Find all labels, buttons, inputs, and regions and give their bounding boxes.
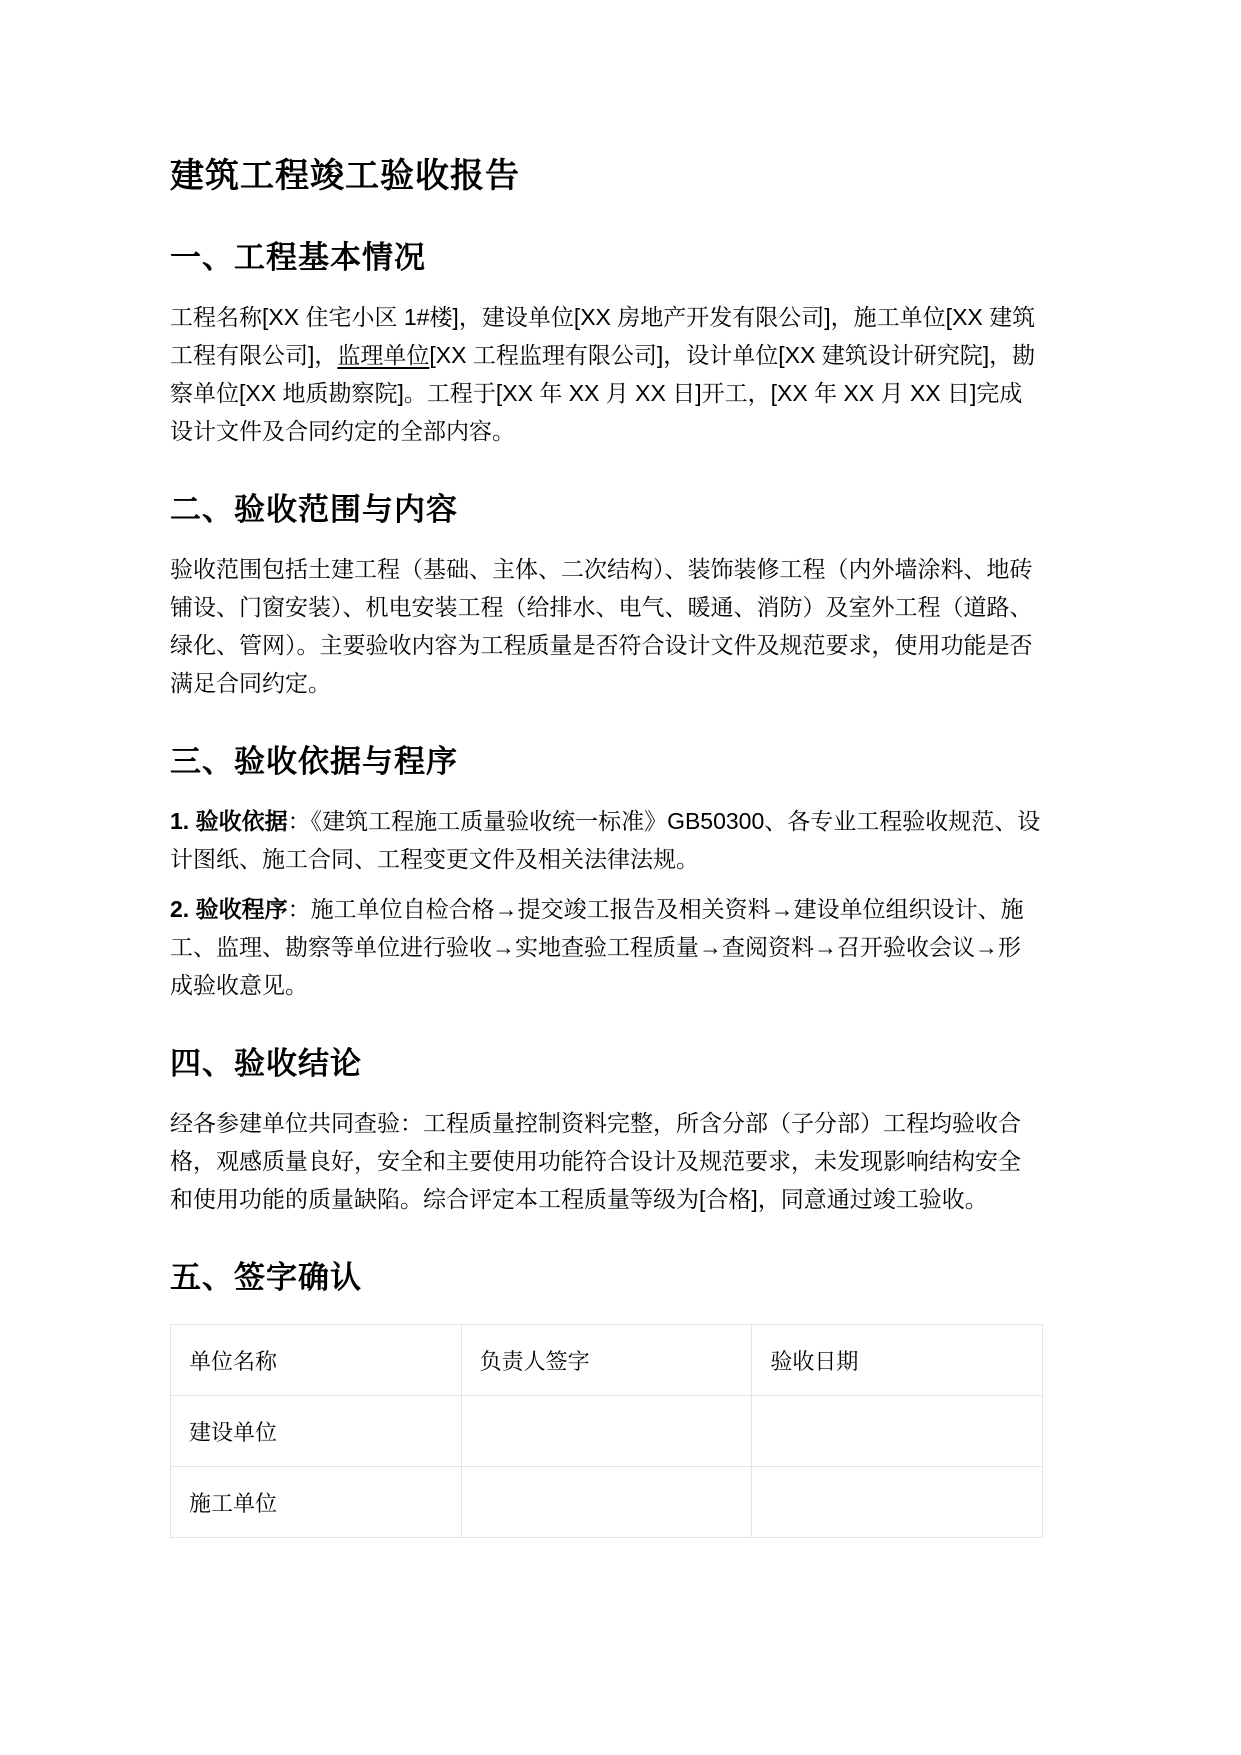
signature-table: 单位名称负责人签字验收日期建设单位施工单位: [170, 1324, 1043, 1538]
section-heading-basis-procedure: 三、验收依据与程序: [170, 742, 1043, 782]
signature-table-cell: 建设单位: [171, 1396, 462, 1467]
signature-table-cell: [752, 1467, 1043, 1538]
underlined-term: 监理单位: [337, 342, 429, 368]
signature-table-header-cell: 负责人签字: [461, 1325, 752, 1396]
page: 建筑工程竣工验收报告 一、工程基本情况工程名称[XX 住宅小区 1#楼]，建设单…: [0, 0, 1241, 1755]
paragraph: 验收范围包括土建工程（基础、主体、二次结构）、装饰装修工程（内外墙涂料、地砖铺设…: [170, 550, 1043, 702]
text-run: ：施工单位自检合格→提交竣工报告及相关资料→建设单位组织设计、施工、监理、勘察等…: [170, 896, 1024, 998]
bold-run: 2. 验收程序: [170, 896, 288, 922]
paragraph: 工程名称[XX 住宅小区 1#楼]，建设单位[XX 房地产开发有限公司]，施工单…: [170, 298, 1043, 450]
document-title: 建筑工程竣工验收报告: [170, 154, 1043, 198]
bold-run: 1. 验收依据: [170, 808, 288, 834]
signature-table-cell: [461, 1467, 752, 1538]
paragraph: 1. 验收依据：《建筑工程施工质量验收统一标准》GB50300、各专业工程验收规…: [170, 802, 1043, 878]
signature-table-header-row: 单位名称负责人签字验收日期: [171, 1325, 1043, 1396]
section-heading-signature: 五、签字确认: [170, 1258, 1043, 1298]
section-heading-conclusion: 四、验收结论: [170, 1044, 1043, 1084]
section-heading-scope-content: 二、验收范围与内容: [170, 490, 1043, 530]
signature-table-row: 施工单位: [171, 1467, 1043, 1538]
paragraph: 经各参建单位共同查验：工程质量控制资料完整，所含分部（子分部）工程均验收合格，观…: [170, 1104, 1043, 1218]
signature-table-row: 建设单位: [171, 1396, 1043, 1467]
signature-table-cell: [752, 1396, 1043, 1467]
section-heading-basic-info: 一、工程基本情况: [170, 238, 1043, 278]
signature-table-header-cell: 验收日期: [752, 1325, 1043, 1396]
text-run: 经各参建单位共同查验：工程质量控制资料完整，所含分部（子分部）工程均验收合格，观…: [170, 1110, 1021, 1212]
text-run: 验收范围包括土建工程（基础、主体、二次结构）、装饰装修工程（内外墙涂料、地砖铺设…: [170, 556, 1033, 696]
paragraph: 2. 验收程序：施工单位自检合格→提交竣工报告及相关资料→建设单位组织设计、施工…: [170, 890, 1043, 1004]
signature-table-header-cell: 单位名称: [171, 1325, 462, 1396]
sections: 一、工程基本情况工程名称[XX 住宅小区 1#楼]，建设单位[XX 房地产开发有…: [170, 238, 1043, 1538]
text-run: ：《建筑工程施工质量验收统一标准》GB50300、各专业工程验收规范、设计图纸、…: [170, 808, 1040, 872]
signature-table-cell: [461, 1396, 752, 1467]
signature-table-cell: 施工单位: [171, 1467, 462, 1538]
